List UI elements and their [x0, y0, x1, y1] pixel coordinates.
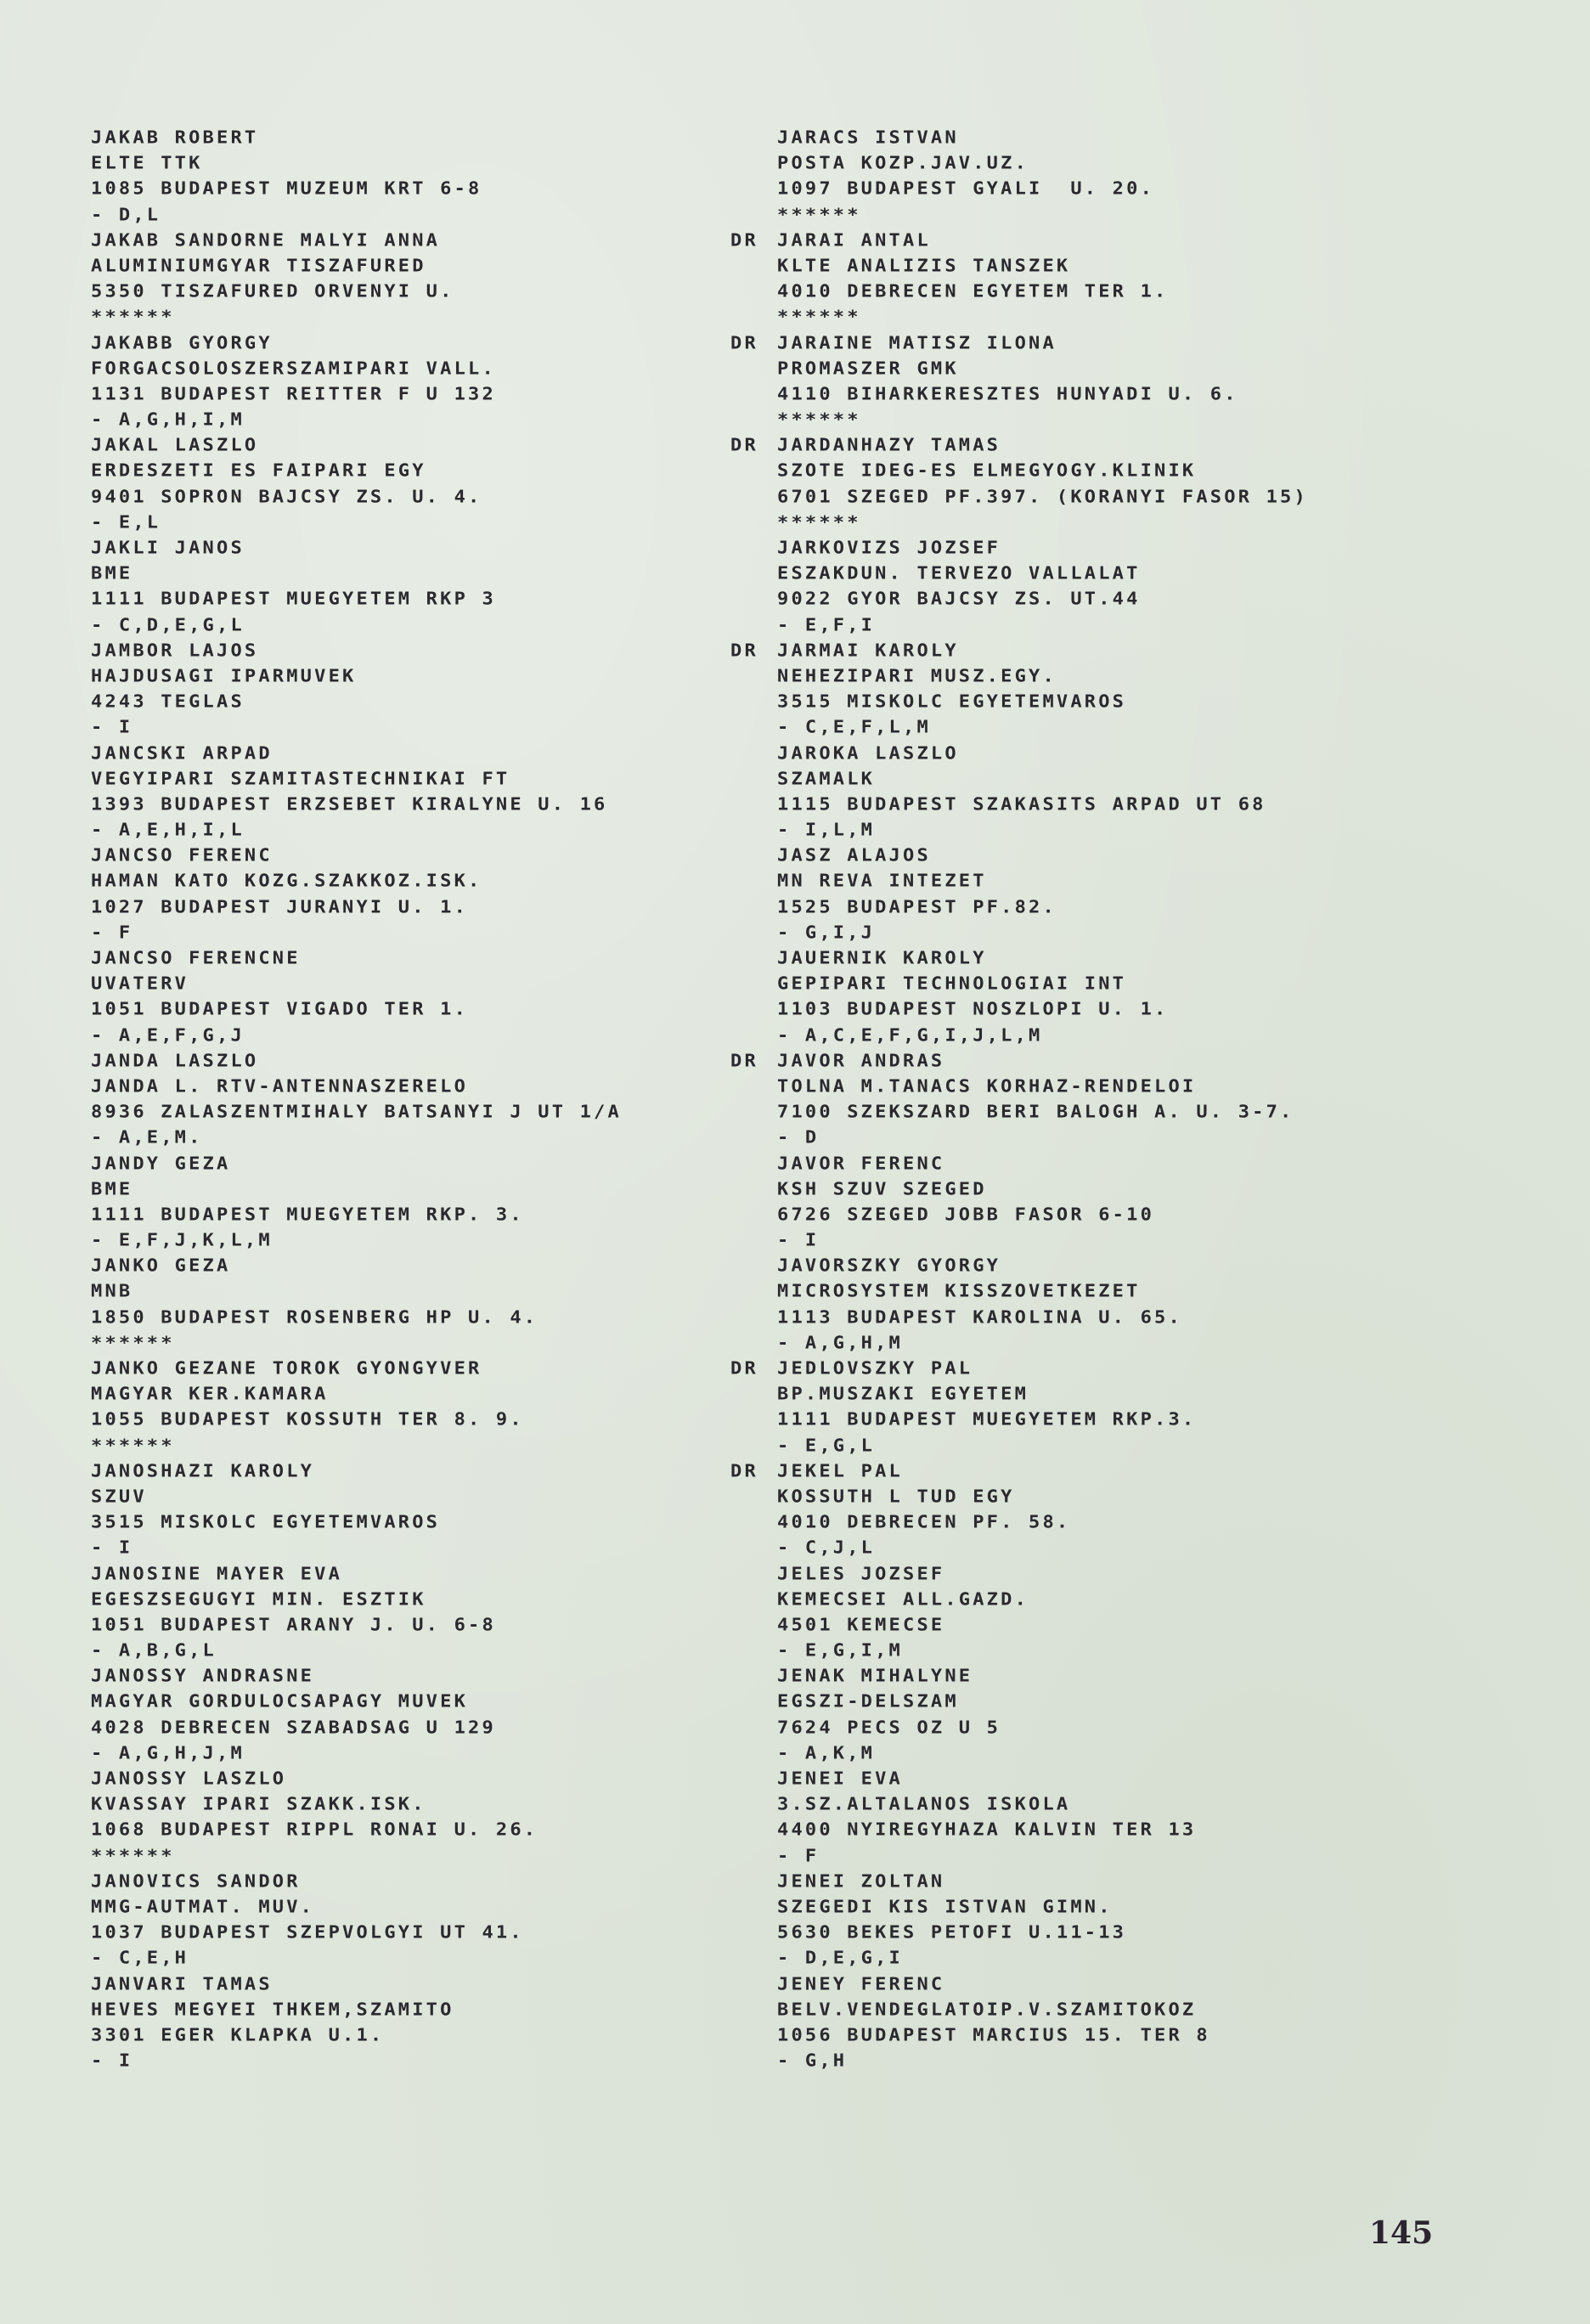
entry-title-prefix: DR	[730, 1050, 758, 1074]
entry-org-text: TOLNA M.TANACS KORHAZ-RENDELOI	[777, 1077, 1196, 1097]
entry-address: 4010 DEBRECEN EGYETEM TER 1.	[730, 280, 1495, 304]
entry-codes-text: - A,E,H,I,L	[91, 821, 245, 840]
entry-name: DRJARAINE MATISZ ILONA	[730, 332, 1495, 356]
entry-codes: - D,E,G,I	[730, 1948, 1495, 1971]
directory-entry: DRJARAINE MATISZ ILONAPROMASZER GMK4110 …	[730, 331, 1495, 434]
directory-entry: JAVOR FERENCKSH SZUV SZEGED6726 SZEGED J…	[730, 1152, 1495, 1255]
directory-entry: JANVARI TAMASHEVES MEGYEI THKEM,SZAMITO3…	[91, 1972, 702, 2075]
entry-org-text: HAJDUSAGI IPARMUVEK	[91, 667, 356, 686]
directory-entry: JAKABB GYORGYFORGACSOLOSZERSZAMIPARI VAL…	[91, 331, 702, 434]
entry-codes: - C,J,L	[730, 1537, 1495, 1561]
entry-name: JAKAB SANDORNE MALYI ANNA	[91, 229, 702, 253]
entry-address: 4501 KEMECSE	[730, 1614, 1495, 1638]
entry-codes: - A,G,H,I,M	[91, 409, 702, 432]
entry-codes-text: ******	[91, 1436, 175, 1456]
entry-name-text: JAROKA LASZLO	[777, 744, 959, 764]
directory-entry: JAKLI JANOSBME1111 BUDAPEST MUEGYETEM RK…	[91, 536, 702, 639]
entry-org-text: POSTA KOZP.JAV.UZ.	[777, 154, 1029, 173]
entry-title-prefix: DR	[730, 229, 758, 253]
entry-org: VEGYIPARI SZAMITASTECHNIKAI FT	[91, 768, 702, 792]
entry-name-text: JARACS ISTVAN	[777, 128, 959, 148]
directory-entry: JANOSSY LASZLOKVASSAY IPARI SZAKK.ISK.10…	[91, 1767, 702, 1870]
entry-address: 1051 BUDAPEST VIGADO TER 1.	[91, 999, 702, 1023]
entry-name-text: JAUERNIK KAROLY	[777, 949, 987, 968]
entry-org-text: SZAMALK	[777, 770, 875, 789]
entry-org: MAGYAR GORDULOCSAPAGY MUVEK	[91, 1691, 702, 1715]
directory-entry: JANOSINE MAYER EVAEGESZSEGUGYI MIN. ESZT…	[91, 1562, 702, 1665]
directory-entry: JANKO GEZANE TOROK GYONGYVERMAGYAR KER.K…	[91, 1357, 702, 1459]
entry-name-text: JANCSO FERENCNE	[91, 949, 301, 968]
entry-name: JAVORSZKY GYORGY	[730, 1255, 1495, 1278]
entry-codes-text: - A,C,E,F,G,I,J,L,M	[777, 1026, 1042, 1046]
entry-org: MICROSYSTEM KISSZOVETKEZET	[730, 1281, 1495, 1305]
entry-address-text: 1111 BUDAPEST MUEGYETEM RKP.3.	[777, 1410, 1196, 1430]
entry-org-text: 3.SZ.ALTALANOS ISKOLA	[777, 1795, 1070, 1814]
entry-name: JAKAB ROBERT	[91, 127, 702, 150]
entry-address: 9022 GYOR BAJCSY ZS. UT.44	[730, 589, 1495, 612]
entry-name-text: JAVORSZKY GYORGY	[777, 1256, 1001, 1276]
left-column: JAKAB ROBERTELTE TTK1085 BUDAPEST MUZEUM…	[91, 126, 702, 2074]
entry-codes-text: - A,K,M	[777, 1744, 875, 1763]
entry-org: SZUV	[91, 1486, 702, 1509]
entry-title-prefix: DR	[730, 640, 758, 663]
entry-address-text: 7100 SZEKSZARD BERI BALOGH A. U. 3-7.	[777, 1103, 1294, 1122]
entry-codes: - E,F,I	[730, 614, 1495, 638]
entry-address-text: 1111 BUDAPEST MUEGYETEM RKP. 3.	[91, 1205, 524, 1225]
entry-name: JAKLI JANOS	[91, 537, 702, 561]
entry-codes: - I	[730, 1229, 1495, 1253]
entry-address-text: 1037 BUDAPEST SZEPVOLGYI UT 41.	[91, 1923, 524, 1943]
entry-name: JANOSINE MAYER EVA	[91, 1563, 702, 1587]
entry-codes-text: - E,G,L	[777, 1436, 875, 1456]
entry-name: JAROKA LASZLO	[730, 742, 1495, 766]
entry-org-text: BELV.VENDEGLATOIP.V.SZAMITOKOZ	[777, 2000, 1196, 2020]
entry-name: JAKAL LASZLO	[91, 434, 702, 458]
entry-org: BP.MUSZAKI EGYETEM	[730, 1383, 1495, 1407]
entry-title-prefix: DR	[730, 434, 758, 458]
entry-name-text: JANOSINE MAYER EVA	[91, 1565, 342, 1584]
entry-codes-text: ******	[91, 1847, 175, 1866]
entry-org-text: PROMASZER GMK	[777, 359, 959, 379]
entry-codes-text: - G,I,J	[777, 923, 875, 943]
entry-name: DRJARMAI KAROLY	[730, 640, 1495, 663]
directory-entry: JARKOVIZS JOZSEFESZAKDUN. TERVEZO VALLAL…	[730, 536, 1495, 639]
entry-name-text: JAKLI JANOS	[91, 539, 245, 558]
entry-codes-text: - C,D,E,G,L	[91, 616, 245, 635]
entry-codes-text: - D,L	[91, 206, 161, 225]
entry-address: 6701 SZEGED PF.397. (KORANYI FASOR 15)	[730, 486, 1495, 510]
entry-codes: - I	[91, 717, 702, 741]
entry-codes: - D	[730, 1127, 1495, 1151]
entry-org-text: BME	[91, 1180, 132, 1199]
entry-name-text: JASZ ALAJOS	[777, 846, 931, 866]
entry-org-text: HEVES MEGYEI THKEM,SZAMITO	[91, 2000, 454, 2020]
entry-name: JAVOR FERENC	[730, 1153, 1495, 1176]
entry-name-text: JANDA LASZLO	[91, 1052, 258, 1071]
directory-entry: JANCSO FERENCNEUVATERV1051 BUDAPEST VIGA…	[91, 946, 702, 1049]
entry-codes: ******	[730, 409, 1495, 432]
entry-address-text: 1115 BUDAPEST SZAKASITS ARPAD UT 68	[777, 795, 1266, 815]
entry-org-text: KOSSUTH L TUD EGY	[777, 1487, 1015, 1507]
entry-codes-text: - A,E,M.	[91, 1128, 203, 1148]
entry-name: JANDY GEZA	[91, 1153, 702, 1176]
entry-name-text: JANDY GEZA	[91, 1154, 230, 1174]
entry-org: MMG-AUTMAT. MUV.	[91, 1896, 702, 1920]
entry-name-text: JAKAB SANDORNE MALYI ANNA	[91, 231, 440, 251]
entry-codes: - E,L	[91, 511, 702, 535]
entry-org-text: MN REVA INTEZET	[777, 871, 987, 891]
entry-codes-text: - I	[91, 1538, 132, 1558]
entry-address: 1393 BUDAPEST ERZSEBET KIRALYNE U. 16	[91, 793, 702, 817]
entry-address-text: 1055 BUDAPEST KOSSUTH TER 8. 9.	[91, 1410, 524, 1430]
entry-org: EGSZI-DELSZAM	[730, 1691, 1495, 1715]
directory-entry: JASZ ALAJOSMN REVA INTEZET1525 BUDAPEST …	[730, 843, 1495, 946]
entry-codes-text: - D	[777, 1128, 819, 1148]
entry-name: JANOSSY LASZLO	[91, 1768, 702, 1791]
entry-name-text: JAKAL LASZLO	[91, 436, 258, 455]
directory-entry: JAMBOR LAJOSHAJDUSAGI IPARMUVEK4243 TEGL…	[91, 639, 702, 742]
entry-address: 1085 BUDAPEST MUZEUM KRT 6-8	[91, 178, 702, 202]
entry-name-text: JENEI EVA	[777, 1769, 903, 1789]
entry-name: DRJEKEL PAL	[730, 1460, 1495, 1484]
entry-org: GEPIPARI TECHNOLOGIAI INT	[730, 973, 1495, 996]
entry-org-text: HAMAN KATO KOZG.SZAKKOZ.ISK.	[91, 871, 482, 891]
entry-address-text: 1051 BUDAPEST VIGADO TER 1.	[91, 1000, 468, 1019]
entry-name: JANOVICS SANDOR	[91, 1870, 702, 1894]
entry-name: JAKABB GYORGY	[91, 332, 702, 356]
entry-org-text: MAGYAR GORDULOCSAPAGY MUVEK	[91, 1692, 468, 1712]
directory-entry: JANKO GEZAMNB1850 BUDAPEST ROSENBERG HP …	[91, 1254, 702, 1357]
entry-name-text: JENEI ZOLTAN	[777, 1872, 944, 1892]
directory-entry: JANOVICS SANDORMMG-AUTMAT. MUV.1037 BUDA…	[91, 1870, 702, 1972]
entry-address: 1131 BUDAPEST REITTER F U 132	[91, 383, 702, 407]
entry-org: HEVES MEGYEI THKEM,SZAMITO	[91, 1999, 702, 2022]
entry-address-text: 5630 BEKES PETOFI U.11-13	[777, 1923, 1126, 1943]
entry-org-text: KSH SZUV SZEGED	[777, 1180, 987, 1199]
entry-address-text: 8936 ZALASZENTMIHALY BATSANYI J UT 1/A	[91, 1103, 622, 1122]
entry-org-text: EGESZSEGUGYI MIN. ESZTIK	[91, 1590, 426, 1610]
entry-codes-text: ******	[777, 410, 861, 430]
entry-address-text: 3515 MISKOLC EGYETEMVAROS	[777, 692, 1126, 712]
entry-codes-text: - F	[777, 1847, 819, 1866]
entry-org-text: GEPIPARI TECHNOLOGIAI INT	[777, 974, 1126, 994]
entry-name: JELES JOZSEF	[730, 1563, 1495, 1587]
entry-codes: - C,D,E,G,L	[91, 614, 702, 638]
entry-org: MAGYAR KER.KAMARA	[91, 1383, 702, 1407]
entry-address-text: 1068 BUDAPEST RIPPL RONAI U. 26.	[91, 1820, 538, 1840]
entry-name-text: JANOSHAZI KAROLY	[91, 1462, 314, 1481]
entry-name-text: JANKO GEZA	[91, 1256, 230, 1276]
entry-address-text: 3515 MISKOLC EGYETEMVAROS	[91, 1513, 440, 1532]
entry-address-text: 4028 DEBRECEN SZABADSAG U 129	[91, 1718, 496, 1738]
entry-org: HAMAN KATO KOZG.SZAKKOZ.ISK.	[91, 871, 702, 894]
entry-name: JANOSHAZI KAROLY	[91, 1460, 702, 1484]
directory-entry: JENAK MIHALYNEEGSZI-DELSZAM7624 PECS OZ …	[730, 1664, 1495, 1767]
directory-entry: JAUERNIK KAROLYGEPIPARI TECHNOLOGIAI INT…	[730, 946, 1495, 1049]
entry-name-text: JARMAI KAROLY	[777, 641, 959, 661]
directory-entry: DRJARDANHAZY TAMASSZOTE IDEG-ES ELMEGYOG…	[730, 433, 1495, 536]
entry-codes-text: - I	[91, 2051, 132, 2071]
entry-name: JANVARI TAMAS	[91, 1973, 702, 1997]
directory-entry: DRJEKEL PALKOSSUTH L TUD EGY4010 DEBRECE…	[730, 1459, 1495, 1562]
directory-entry: JELES JOZSEFKEMECSEI ALL.GAZD.4501 KEMEC…	[730, 1562, 1495, 1665]
entry-address-text: 1525 BUDAPEST PF.82.	[777, 898, 1057, 917]
entry-name: DRJARAI ANTAL	[730, 229, 1495, 253]
entry-address-text: 4400 NYIREGYHAZA KALVIN TER 13	[777, 1820, 1196, 1840]
entry-codes-text: - A,G,H,I,M	[91, 410, 245, 430]
entry-org: ERDESZETI ES FAIPARI EGY	[91, 460, 702, 484]
entry-title-prefix: DR	[730, 1460, 758, 1484]
entry-name-text: JARAI ANTAL	[777, 231, 931, 251]
entry-name: JENEY FERENC	[730, 1973, 1495, 1997]
entry-org-text: ALUMINIUMGYAR TISZAFURED	[91, 257, 426, 276]
entry-org-text: BP.MUSZAKI EGYETEM	[777, 1385, 1029, 1404]
entry-codes: ******	[91, 1845, 702, 1869]
entry-address-text: 1027 BUDAPEST JURANYI U. 1.	[91, 898, 468, 917]
directory-entry: JAKAL LASZLOERDESZETI ES FAIPARI EGY9401…	[91, 433, 702, 536]
entry-name-text: JARAINE MATISZ ILONA	[777, 334, 1057, 353]
entry-codes: - A,C,E,F,G,I,J,L,M	[730, 1024, 1495, 1048]
entry-org: ALUMINIUMGYAR TISZAFURED	[91, 255, 702, 279]
entry-name-text: JAKABB GYORGY	[91, 334, 273, 353]
entry-name: JARACS ISTVAN	[730, 127, 1495, 150]
entry-name-text: JANCSO FERENC	[91, 846, 273, 866]
entry-codes-text: - E,L	[91, 513, 161, 533]
entry-address-text: 1850 BUDAPEST ROSENBERG HP U. 4.	[91, 1308, 538, 1328]
entry-codes-text: - I,L,M	[777, 821, 875, 840]
entry-org: TOLNA M.TANACS KORHAZ-RENDELOI	[730, 1075, 1495, 1099]
entry-codes: - E,G,L	[730, 1435, 1495, 1458]
entry-codes: - E,G,I,M	[730, 1639, 1495, 1663]
entry-codes: - G,I,J	[730, 922, 1495, 945]
entry-org: SZOTE IDEG-ES ELMEGYOGY.KLINIK	[730, 460, 1495, 484]
entry-title-prefix: DR	[730, 332, 758, 356]
entry-address-text: 1103 BUDAPEST NOSZLOPI U. 1.	[777, 1000, 1168, 1019]
entry-codes-text: - C,E,H	[91, 1949, 189, 1968]
entry-address-text: 6701 SZEGED PF.397. (KORANYI FASOR 15)	[777, 488, 1308, 507]
entry-name-text: JANKO GEZANE TOROK GYONGYVER	[91, 1359, 482, 1379]
entry-name-text: JEKEL PAL	[777, 1462, 903, 1481]
entry-name-text: JAMBOR LAJOS	[91, 641, 258, 661]
entry-codes: - I	[91, 1537, 702, 1561]
entry-name: JENEI EVA	[730, 1768, 1495, 1791]
entry-address: 1111 BUDAPEST MUEGYETEM RKP 3	[91, 589, 702, 612]
entry-org-text: ELTE TTK	[91, 154, 203, 173]
entry-address: 3301 EGER KLAPKA U.1.	[91, 2024, 702, 2048]
entry-address-text: 1113 BUDAPEST KAROLINA U. 65.	[777, 1308, 1182, 1328]
entry-address-text: 1393 BUDAPEST ERZSEBET KIRALYNE U. 16	[91, 795, 607, 815]
entry-name: JANDA LASZLO	[91, 1050, 702, 1074]
entry-address-text: 3301 EGER KLAPKA U.1.	[91, 2026, 384, 2045]
entry-codes: - I,L,M	[730, 819, 1495, 843]
entry-org-text: UVATERV	[91, 974, 189, 994]
entry-org-text: KEMECSEI ALL.GAZD.	[777, 1590, 1029, 1610]
entry-name: JANCSO FERENC	[91, 844, 702, 868]
entry-org: EGESZSEGUGYI MIN. ESZTIK	[91, 1588, 702, 1612]
directory-entry: JANCSKI ARPADVEGYIPARI SZAMITASTECHNIKAI…	[91, 742, 702, 844]
entry-name-text: JANOVICS SANDOR	[91, 1872, 301, 1892]
entry-codes: ******	[91, 1332, 702, 1356]
entry-org-text: JANDA L. RTV-ANTENNASZERELO	[91, 1077, 468, 1097]
entry-name-text: JELES JOZSEF	[777, 1565, 944, 1584]
entry-address: 1850 BUDAPEST ROSENBERG HP U. 4.	[91, 1306, 702, 1330]
entry-name: JANCSO FERENCNE	[91, 947, 702, 971]
entry-org: KOSSUTH L TUD EGY	[730, 1486, 1495, 1509]
entry-codes: - D,L	[91, 204, 702, 228]
entry-org-text: MAGYAR KER.KAMARA	[91, 1385, 329, 1404]
entry-codes: - A,G,H,M	[730, 1332, 1495, 1356]
entry-codes-text: - E,G,I,M	[777, 1641, 903, 1661]
entry-address: 1037 BUDAPEST SZEPVOLGYI UT 41.	[91, 1921, 702, 1945]
entry-org: BME	[91, 562, 702, 586]
entry-codes: ******	[91, 307, 702, 330]
entry-address: 1111 BUDAPEST MUEGYETEM RKP.3.	[730, 1409, 1495, 1433]
entry-address: 4010 DEBRECEN PF. 58.	[730, 1511, 1495, 1535]
entry-codes-text: - E,F,J,K,L,M	[91, 1231, 273, 1250]
entry-codes-text: - A,G,H,J,M	[91, 1744, 245, 1763]
entry-org: POSTA KOZP.JAV.UZ.	[730, 152, 1495, 176]
entry-org: SZEGEDI KIS ISTVAN GIMN.	[730, 1896, 1495, 1920]
directory-entry: DRJARMAI KAROLYNEHEZIPARI MUSZ.EGY.3515 …	[730, 639, 1495, 742]
entry-title-prefix: DR	[730, 1357, 758, 1381]
entry-address: 7624 PECS OZ U 5	[730, 1717, 1495, 1740]
entry-codes-text: - A,E,F,G,J	[91, 1026, 245, 1046]
entry-org-text: EGSZI-DELSZAM	[777, 1692, 959, 1712]
entry-codes-text: - F	[91, 923, 132, 943]
entry-address-text: 4010 DEBRECEN PF. 58.	[777, 1513, 1070, 1532]
entry-address: 1115 BUDAPEST SZAKASITS ARPAD UT 68	[730, 793, 1495, 817]
entry-org-text: SZOTE IDEG-ES ELMEGYOGY.KLINIK	[777, 461, 1196, 481]
entry-codes: - F	[91, 922, 702, 945]
entry-codes: ******	[730, 204, 1495, 228]
entry-org: UVATERV	[91, 973, 702, 996]
entry-codes-text: - C,E,F,L,M	[777, 718, 931, 737]
entry-org-text: VEGYIPARI SZAMITASTECHNIKAI FT	[91, 770, 510, 789]
entry-org: SZAMALK	[730, 768, 1495, 792]
entry-address-text: 5350 TISZAFURED ORVENYI U.	[91, 282, 454, 302]
entry-address: 4110 BIHARKERESZTES HUNYADI U. 6.	[730, 383, 1495, 407]
entry-codes-text: - A,B,G,L	[91, 1641, 217, 1661]
entry-name: JASZ ALAJOS	[730, 844, 1495, 868]
entry-address: 7100 SZEKSZARD BERI BALOGH A. U. 3-7.	[730, 1101, 1495, 1125]
entry-org-text: SZUV	[91, 1487, 147, 1507]
entry-org: KVASSAY IPARI SZAKK.ISK.	[91, 1793, 702, 1817]
entry-address-text: 9022 GYOR BAJCSY ZS. UT.44	[777, 589, 1141, 609]
entry-codes: - E,F,J,K,L,M	[91, 1229, 702, 1253]
entry-name: JARKOVIZS JOZSEF	[730, 537, 1495, 561]
entry-address-text: 6726 SZEGED JOBB FASOR 6-10	[777, 1205, 1154, 1225]
entry-codes-text: - G,H	[777, 2051, 847, 2071]
entry-org: MN REVA INTEZET	[730, 871, 1495, 894]
entry-codes: ******	[730, 307, 1495, 330]
entry-address: 1027 BUDAPEST JURANYI U. 1.	[91, 896, 702, 920]
directory-entry: JENEI EVA3.SZ.ALTALANOS ISKOLA4400 NYIRE…	[730, 1767, 1495, 1870]
entry-org: KSH SZUV SZEGED	[730, 1178, 1495, 1202]
entry-address: 1056 BUDAPEST MARCIUS 15. TER 8	[730, 2024, 1495, 2048]
entry-address-text: 1111 BUDAPEST MUEGYETEM RKP 3	[91, 589, 496, 609]
entry-address: 1068 BUDAPEST RIPPL RONAI U. 26.	[91, 1819, 702, 1843]
entry-address: 8936 ZALASZENTMIHALY BATSANYI J UT 1/A	[91, 1101, 702, 1125]
entry-name: JAMBOR LAJOS	[91, 640, 702, 663]
entry-codes: - C,E,H	[91, 1948, 702, 1971]
entry-org-text: ESZAKDUN. TERVEZO VALLALAT	[777, 564, 1141, 584]
directory-entry: JANOSSY ANDRASNEMAGYAR GORDULOCSAPAGY MU…	[91, 1664, 702, 1767]
entry-codes-text: - C,J,L	[777, 1538, 875, 1558]
entry-name-text: JANVARI TAMAS	[91, 1975, 273, 1994]
entry-name: DRJARDANHAZY TAMAS	[730, 434, 1495, 458]
entry-name-text: JARKOVIZS JOZSEF	[777, 539, 1001, 558]
entry-address: 5350 TISZAFURED ORVENYI U.	[91, 280, 702, 304]
entry-org: KEMECSEI ALL.GAZD.	[730, 1588, 1495, 1612]
directory-entry: JAROKA LASZLOSZAMALK1115 BUDAPEST SZAKAS…	[730, 742, 1495, 844]
entry-name: JAUERNIK KAROLY	[730, 947, 1495, 971]
directory-entry: JAKAB SANDORNE MALYI ANNAALUMINIUMGYAR T…	[91, 228, 702, 331]
entry-codes: ******	[730, 511, 1495, 535]
page-number: 145	[1369, 2215, 1433, 2251]
entry-codes: - A,B,G,L	[91, 1639, 702, 1663]
entry-name: JANOSSY ANDRASNE	[91, 1665, 702, 1689]
entry-address-text: 4243 TEGLAS	[91, 692, 245, 712]
entry-org-text: KLTE ANALIZIS TANSZEK	[777, 257, 1070, 276]
entry-address: 9401 SOPRON BAJCSY ZS. U. 4.	[91, 486, 702, 510]
entry-codes-text: - I	[777, 1231, 819, 1250]
right-column: JARACS ISTVANPOSTA KOZP.JAV.UZ.1097 BUDA…	[730, 126, 1495, 2074]
entry-codes: ******	[91, 1435, 702, 1458]
directory-entry: DRJARAI ANTALKLTE ANALIZIS TANSZEK4010 D…	[730, 228, 1495, 331]
entry-codes-text: ******	[91, 307, 175, 327]
entry-name-text: JAVOR ANDRAS	[777, 1052, 944, 1071]
entry-address: 1051 BUDAPEST ARANY J. U. 6-8	[91, 1614, 702, 1638]
entry-org: BELV.VENDEGLATOIP.V.SZAMITOKOZ	[730, 1999, 1495, 2022]
entry-address: 4028 DEBRECEN SZABADSAG U 129	[91, 1717, 702, 1740]
directory-entry: JANCSO FERENCHAMAN KATO KOZG.SZAKKOZ.ISK…	[91, 843, 702, 946]
entry-org: NEHEZIPARI MUSZ.EGY.	[730, 665, 1495, 689]
entry-name: JANCSKI ARPAD	[91, 742, 702, 766]
directory-page: JAKAB ROBERTELTE TTK1085 BUDAPEST MUZEUM…	[0, 0, 1590, 2324]
entry-codes: - C,E,F,L,M	[730, 717, 1495, 741]
entry-name-text: JAVOR FERENC	[777, 1154, 944, 1174]
entry-org-text: KVASSAY IPARI SZAKK.ISK.	[91, 1795, 426, 1814]
directory-entry: JANDY GEZABME1111 BUDAPEST MUEGYETEM RKP…	[91, 1152, 702, 1255]
entry-address: 1111 BUDAPEST MUEGYETEM RKP. 3.	[91, 1204, 702, 1227]
entry-org: FORGACSOLOSZERSZAMIPARI VALL.	[91, 358, 702, 381]
entry-codes-text: ******	[777, 206, 861, 225]
entry-name-text: JENAK MIHALYNE	[777, 1667, 973, 1686]
entry-address-text: 1056 BUDAPEST MARCIUS 15. TER 8	[777, 2026, 1210, 2045]
entry-org-text: SZEGEDI KIS ISTVAN GIMN.	[777, 1898, 1113, 1917]
entry-address-text: 1051 BUDAPEST ARANY J. U. 6-8	[91, 1616, 496, 1635]
entry-address: 1113 BUDAPEST KAROLINA U. 65.	[730, 1306, 1495, 1330]
entry-org: MNB	[91, 1281, 702, 1305]
entry-org: BME	[91, 1178, 702, 1202]
entry-address: 4400 NYIREGYHAZA KALVIN TER 13	[730, 1819, 1495, 1843]
entry-name-text: JAKAB ROBERT	[91, 128, 258, 148]
entry-org: ESZAKDUN. TERVEZO VALLALAT	[730, 562, 1495, 586]
entry-org-text: MMG-AUTMAT. MUV.	[91, 1898, 314, 1917]
entry-org-text: MNB	[91, 1282, 132, 1301]
entry-codes-text: - A,G,H,M	[777, 1334, 903, 1353]
entry-codes: - A,E,H,I,L	[91, 819, 702, 843]
directory-entry: JENEI ZOLTANSZEGEDI KIS ISTVAN GIMN.5630…	[730, 1870, 1495, 1972]
entry-address-text: 4501 KEMECSE	[777, 1616, 944, 1635]
entry-org: JANDA L. RTV-ANTENNASZERELO	[91, 1075, 702, 1099]
entry-name-text: JENEY FERENC	[777, 1975, 944, 1994]
entry-codes-text: - D,E,G,I	[777, 1949, 903, 1968]
entry-codes-text: ******	[777, 307, 861, 327]
entry-name-text: JANCSKI ARPAD	[91, 744, 273, 764]
entry-name: JENAK MIHALYNE	[730, 1665, 1495, 1689]
entry-codes: - A,K,M	[730, 1742, 1495, 1766]
